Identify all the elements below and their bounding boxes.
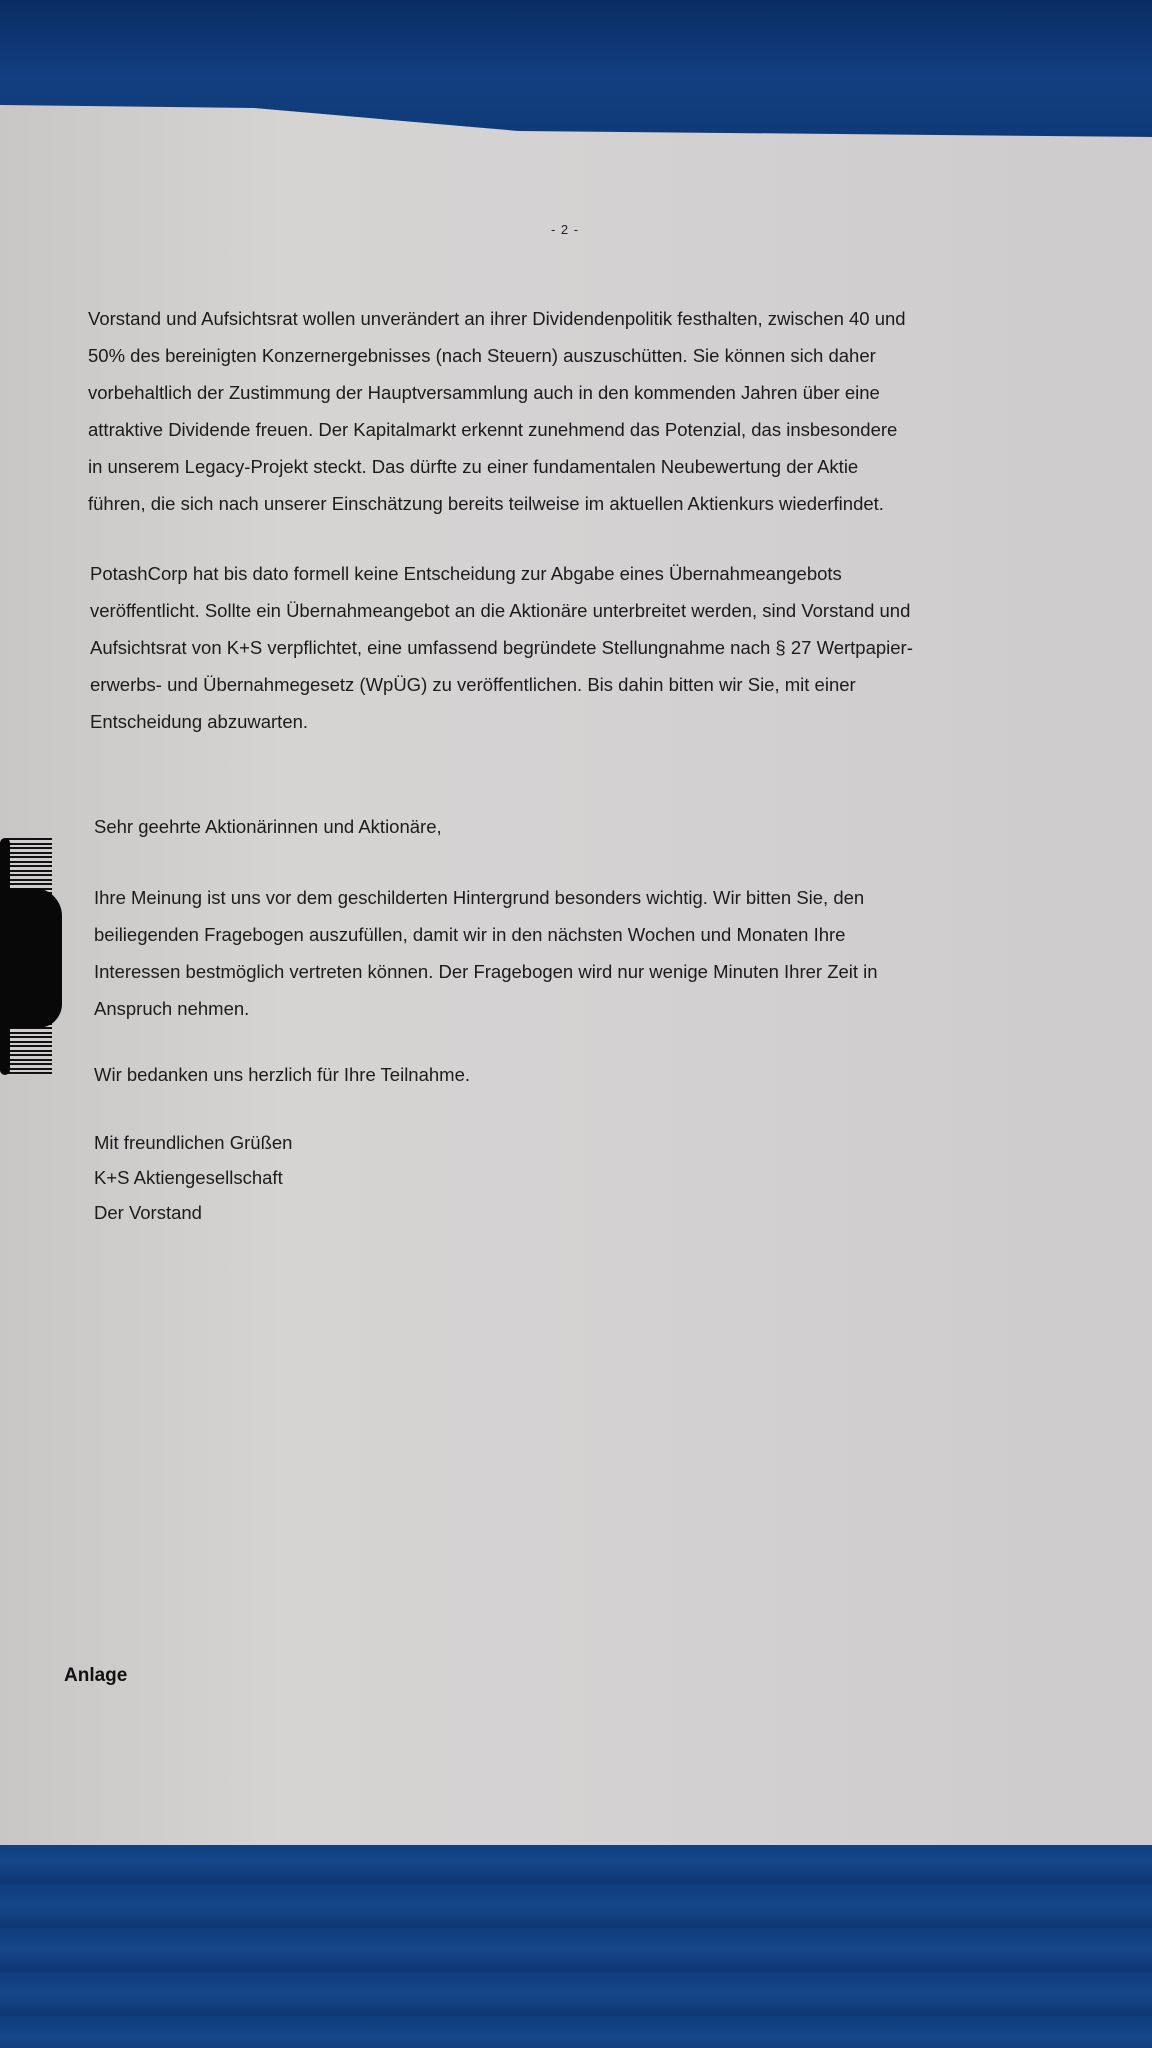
text-line: in unserem Legacy-Projekt steckt. Das dü… (88, 448, 1108, 485)
paragraph-takeover: PotashCorp hat bis dato formell keine En… (90, 555, 1110, 740)
text-line: Ihre Meinung ist uns vor dem geschildert… (94, 879, 1114, 916)
text-line: Entscheidung abzuwarten. (90, 703, 1110, 740)
redacted-barcode (0, 838, 54, 1075)
text-line: beiliegenden Fragebogen auszufüllen, dam… (94, 916, 1114, 953)
text-line: vorbehaltlich der Zustimmung der Hauptve… (88, 374, 1108, 411)
enclosure-label: Anlage (64, 1665, 127, 1687)
closing-company: K+S Aktiengesellschaft (94, 1160, 1114, 1195)
text-line: Interessen bestmöglich vertreten können.… (94, 953, 1114, 990)
text-line: Anspruch nehmen. (94, 990, 1114, 1027)
salutation: Sehr geehrte Aktionärinnen und Aktionäre… (94, 808, 1114, 845)
text-line: attraktive Dividende freuen. Der Kapital… (88, 411, 1108, 448)
text-line: erwerbs- und Übernahmegesetz (WpÜG) zu v… (90, 666, 1110, 703)
closing-block: Mit freundlichen Grüßen K+S Aktiengesell… (94, 1125, 1114, 1230)
text-line: PotashCorp hat bis dato formell keine En… (90, 555, 1110, 592)
thanks-text: Wir bedanken uns herzlich für Ihre Teiln… (94, 1056, 1114, 1093)
blue-background-bottom (0, 1840, 1152, 2048)
redaction-mark-edge (0, 838, 10, 1075)
text-line: Vorstand und Aufsichtsrat wollen unverän… (88, 300, 1108, 337)
text-line: veröffentlicht. Sollte ein Übernahmeange… (90, 592, 1110, 629)
text-line: führen, die sich nach unserer Einschätzu… (88, 485, 1108, 522)
closing-signatory: Der Vorstand (94, 1195, 1114, 1230)
paragraph-questionnaire: Ihre Meinung ist uns vor dem geschildert… (94, 879, 1114, 1027)
closing-greeting: Mit freundlichen Grüßen (94, 1125, 1114, 1160)
text-line: Aufsichtsrat von K+S verpflichtet, eine … (90, 629, 1110, 666)
paragraph-dividend-policy: Vorstand und Aufsichtsrat wollen unverän… (88, 300, 1108, 522)
text-line: 50% des bereinigten Konzernergebnisses (… (88, 337, 1108, 374)
page-number: - 2 - (0, 222, 1130, 237)
salutation-text: Sehr geehrte Aktionärinnen und Aktionäre… (94, 808, 1114, 845)
thanks: Wir bedanken uns herzlich für Ihre Teiln… (94, 1056, 1114, 1093)
